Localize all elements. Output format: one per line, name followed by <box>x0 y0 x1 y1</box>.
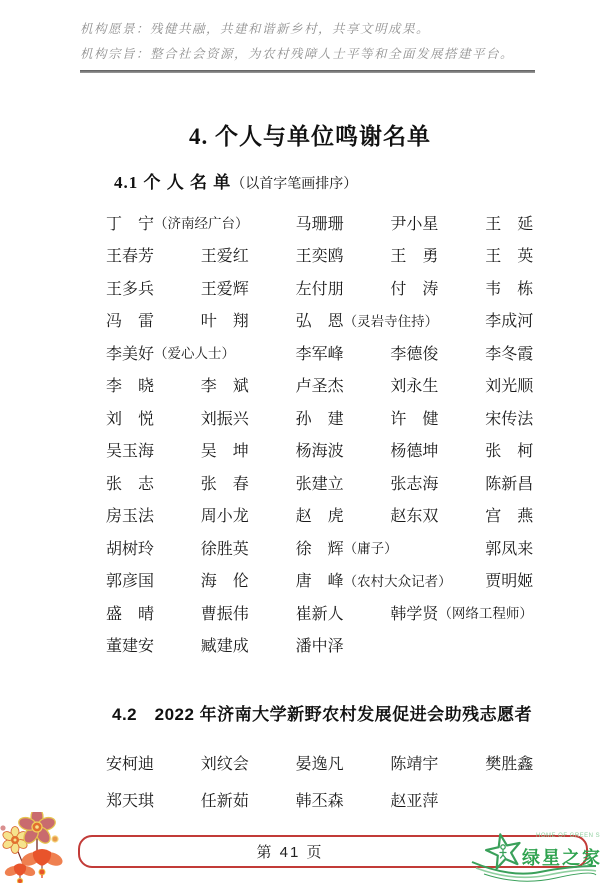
name-cell: 崔新人 <box>296 596 391 629</box>
name-cell: 刘 悦 <box>106 401 201 434</box>
name-cell: 胡树玲 <box>106 531 201 564</box>
org-vision-line: 机构愿景：残健共融，共建和谐新乡村，共享文明成果。 <box>80 16 550 41</box>
person-name: 盛 晴 <box>106 601 154 624</box>
person-name: 左付朋 <box>296 276 344 299</box>
person-name: 赵 虎 <box>296 503 344 526</box>
person-name: 杨德坤 <box>390 438 438 461</box>
header-divider <box>80 70 535 73</box>
section-4-2-heading: 4.2 2022 年济南大学新野农村发展促进会助残志愿者 <box>112 700 532 725</box>
name-cell: 王奕鸥 <box>296 239 391 272</box>
person-note: （灵岩寺住持） <box>344 310 439 330</box>
name-cell: 韩丕森 <box>296 781 391 818</box>
name-cell: 王 英 <box>485 239 580 272</box>
person-name: 王 英 <box>485 243 533 266</box>
person-name: 张志海 <box>390 471 438 494</box>
person-name: 王爱辉 <box>201 276 249 299</box>
name-cell: 吴玉海 <box>106 434 201 467</box>
person-name: 许 健 <box>390 406 438 429</box>
name-cell: 李军峰 <box>296 336 391 369</box>
name-cell: 唐 峰（农村大众记者） <box>296 564 486 597</box>
person-note: （庸子） <box>344 537 398 557</box>
person-name: 张 柯 <box>485 438 533 461</box>
name-cell: 韩学贤（网络工程师） <box>390 596 580 629</box>
name-cell: 王 延 <box>485 206 580 239</box>
person-name: 张 春 <box>201 471 249 494</box>
person-name: 张建立 <box>296 471 344 494</box>
flower-decoration-icon <box>0 812 112 883</box>
name-cell: 孙 建 <box>296 401 391 434</box>
person-name: 赵东双 <box>390 503 438 526</box>
name-cell: 冯 雷 <box>106 304 201 337</box>
individuals-name-grid: 丁 宁（济南经广台）马珊珊尹小星王 延王春芳王爱红王奕鸥王 勇王 英王多兵王爱辉… <box>106 206 580 661</box>
person-name: 徐 辉 <box>296 536 344 559</box>
person-name: 杨海波 <box>296 438 344 461</box>
person-name: 马珊珊 <box>296 211 344 234</box>
name-cell: 李美好（爱心人士） <box>106 336 296 369</box>
person-name: 刘光顺 <box>485 373 533 396</box>
person-name: 贾明姬 <box>485 568 533 591</box>
name-cell: 李成河 <box>485 304 580 337</box>
person-name: 陈靖宇 <box>390 751 438 774</box>
person-name: 王 勇 <box>390 243 438 266</box>
name-cell: 盛 晴 <box>106 596 201 629</box>
person-name: 李 斌 <box>201 373 249 396</box>
person-name: 董建安 <box>106 633 154 656</box>
person-note: （农村大众记者） <box>344 570 452 590</box>
name-cell: 刘振兴 <box>201 401 296 434</box>
person-name: 刘永生 <box>390 373 438 396</box>
name-cell: 左付朋 <box>296 271 391 304</box>
name-cell: 潘中泽 <box>296 629 391 662</box>
name-cell: 尹小星 <box>390 206 485 239</box>
section-4-1-heading: 4.1 个 人 名 单（以首字笔画排序） <box>114 168 357 193</box>
name-cell: 曹振伟 <box>201 596 296 629</box>
person-name: 李美好 <box>106 341 154 364</box>
name-cell: 安柯迪 <box>106 744 201 781</box>
name-cell: 张志海 <box>390 466 485 499</box>
person-name: 王奕鸥 <box>296 243 344 266</box>
name-cell: 郭彦国 <box>106 564 201 597</box>
page-title: 4. 个人与单位鸣谢名单 <box>80 118 540 151</box>
name-cell: 李德俊 <box>390 336 485 369</box>
name-cell: 刘纹会 <box>201 744 296 781</box>
person-name: 任新茹 <box>201 788 249 811</box>
section-4-1-title: 4.1 个 人 名 单 <box>114 173 231 192</box>
name-cell: 晏逸凡 <box>296 744 391 781</box>
name-cell: 吴 坤 <box>201 434 296 467</box>
name-cell: 王多兵 <box>106 271 201 304</box>
person-note: （网络工程师） <box>438 602 533 622</box>
name-cell: 王爱红 <box>201 239 296 272</box>
person-name: 陈新昌 <box>485 471 533 494</box>
person-name: 安柯迪 <box>106 751 154 774</box>
person-name: 晏逸凡 <box>296 751 344 774</box>
name-cell: 樊胜鑫 <box>485 744 580 781</box>
name-cell: 许 健 <box>390 401 485 434</box>
name-cell: 李 斌 <box>201 369 296 402</box>
name-cell: 张 志 <box>106 466 201 499</box>
person-name: 卢圣杰 <box>296 373 344 396</box>
name-cell: 王春芳 <box>106 239 201 272</box>
name-cell: 张 柯 <box>485 434 580 467</box>
person-name: 李 晓 <box>106 373 154 396</box>
name-cell: 刘永生 <box>390 369 485 402</box>
person-name: 弘 恩 <box>296 308 344 331</box>
person-name: 赵亚萍 <box>390 788 438 811</box>
name-cell: 宋传法 <box>485 401 580 434</box>
person-name: 张 志 <box>106 471 154 494</box>
person-note: （济南经广台） <box>154 212 249 232</box>
person-name: 徐胜英 <box>201 536 249 559</box>
person-name: 潘中泽 <box>296 633 344 656</box>
name-cell: 王爱辉 <box>201 271 296 304</box>
name-cell: 房玉法 <box>106 499 201 532</box>
person-name: 曹振伟 <box>201 601 249 624</box>
name-cell: 任新茹 <box>201 781 296 818</box>
person-name: 韩学贤 <box>390 601 438 624</box>
person-name: 郑天琪 <box>106 788 154 811</box>
name-cell: 臧建成 <box>201 629 296 662</box>
person-name: 尹小星 <box>390 211 438 234</box>
person-name: 宫 燕 <box>485 503 533 526</box>
person-name: 樊胜鑫 <box>485 751 533 774</box>
name-cell: 付 涛 <box>390 271 485 304</box>
name-cell: 杨海波 <box>296 434 391 467</box>
name-cell: 张建立 <box>296 466 391 499</box>
person-name: 王 延 <box>485 211 533 234</box>
person-name: 丁 宁 <box>106 211 154 234</box>
name-cell: 卢圣杰 <box>296 369 391 402</box>
volunteers-name-grid: 安柯迪刘纹会晏逸凡陈靖宇樊胜鑫郑天琪任新茹韩丕森赵亚萍 <box>106 744 580 818</box>
name-cell: 宫 燕 <box>485 499 580 532</box>
person-name: 王春芳 <box>106 243 154 266</box>
person-name: 海 伦 <box>201 568 249 591</box>
person-name: 付 涛 <box>390 276 438 299</box>
person-name: 王爱红 <box>201 243 249 266</box>
person-name: 李成河 <box>485 308 533 331</box>
name-cell: 弘 恩（灵岩寺住持） <box>296 304 486 337</box>
name-cell: 赵 虎 <box>296 499 391 532</box>
green-star-logo: HOME OF GREEN STAR 绿星之家 <box>470 820 598 882</box>
person-name: 郭凤来 <box>485 536 533 559</box>
person-name: 韦 栋 <box>485 276 533 299</box>
person-name: 周小龙 <box>201 503 249 526</box>
org-motto-header: 机构愿景：残健共融，共建和谐新乡村，共享文明成果。 机构宗旨：整合社会资源，为农… <box>80 16 550 66</box>
person-name: 李德俊 <box>390 341 438 364</box>
name-cell: 马珊珊 <box>296 206 391 239</box>
person-name: 房玉法 <box>106 503 154 526</box>
name-cell: 郑天琪 <box>106 781 201 818</box>
person-name: 李军峰 <box>296 341 344 364</box>
person-note: （爱心人士） <box>154 342 235 362</box>
name-cell: 徐胜英 <box>201 531 296 564</box>
name-cell: 郭凤来 <box>485 531 580 564</box>
name-cell: 陈新昌 <box>485 466 580 499</box>
name-cell: 李 晓 <box>106 369 201 402</box>
person-name: 胡树玲 <box>106 536 154 559</box>
person-name: 刘 悦 <box>106 406 154 429</box>
name-cell: 徐 辉（庸子） <box>296 531 486 564</box>
name-cell: 赵东双 <box>390 499 485 532</box>
name-cell: 杨德坤 <box>390 434 485 467</box>
person-name: 崔新人 <box>296 601 344 624</box>
name-cell: 贾明姬 <box>485 564 580 597</box>
person-name: 刘纹会 <box>201 751 249 774</box>
person-name: 李冬霞 <box>485 341 533 364</box>
name-cell: 李冬霞 <box>485 336 580 369</box>
name-cell: 董建安 <box>106 629 201 662</box>
name-cell: 赵亚萍 <box>390 781 485 818</box>
document-page: 机构愿景：残健共融，共建和谐新乡村，共享文明成果。 机构宗旨：整合社会资源，为农… <box>0 0 600 883</box>
name-cell: 刘光顺 <box>485 369 580 402</box>
name-cell: 张 春 <box>201 466 296 499</box>
person-name: 唐 峰 <box>296 568 344 591</box>
name-cell: 叶 翔 <box>201 304 296 337</box>
person-name: 孙 建 <box>296 406 344 429</box>
org-mission-line: 机构宗旨：整合社会资源，为农村残障人士平等和全面发展搭建平台。 <box>80 41 550 66</box>
name-cell: 王 勇 <box>390 239 485 272</box>
name-cell: 周小龙 <box>201 499 296 532</box>
logo-title: 绿星之家 <box>522 844 600 870</box>
person-name: 吴 坤 <box>201 438 249 461</box>
logo-subtitle: HOME OF GREEN STAR <box>536 833 600 839</box>
person-name: 吴玉海 <box>106 438 154 461</box>
person-name: 臧建成 <box>201 633 249 656</box>
person-name: 冯 雷 <box>106 308 154 331</box>
name-cell: 韦 栋 <box>485 271 580 304</box>
person-name: 刘振兴 <box>201 406 249 429</box>
person-name: 王多兵 <box>106 276 154 299</box>
person-name: 宋传法 <box>485 406 533 429</box>
person-name: 叶 翔 <box>201 308 249 331</box>
name-cell: 陈靖宇 <box>390 744 485 781</box>
name-cell: 海 伦 <box>201 564 296 597</box>
person-name: 韩丕森 <box>296 788 344 811</box>
name-cell: 丁 宁（济南经广台） <box>106 206 296 239</box>
person-name: 郭彦国 <box>106 568 154 591</box>
section-4-1-note: （以首字笔画排序） <box>231 177 357 192</box>
